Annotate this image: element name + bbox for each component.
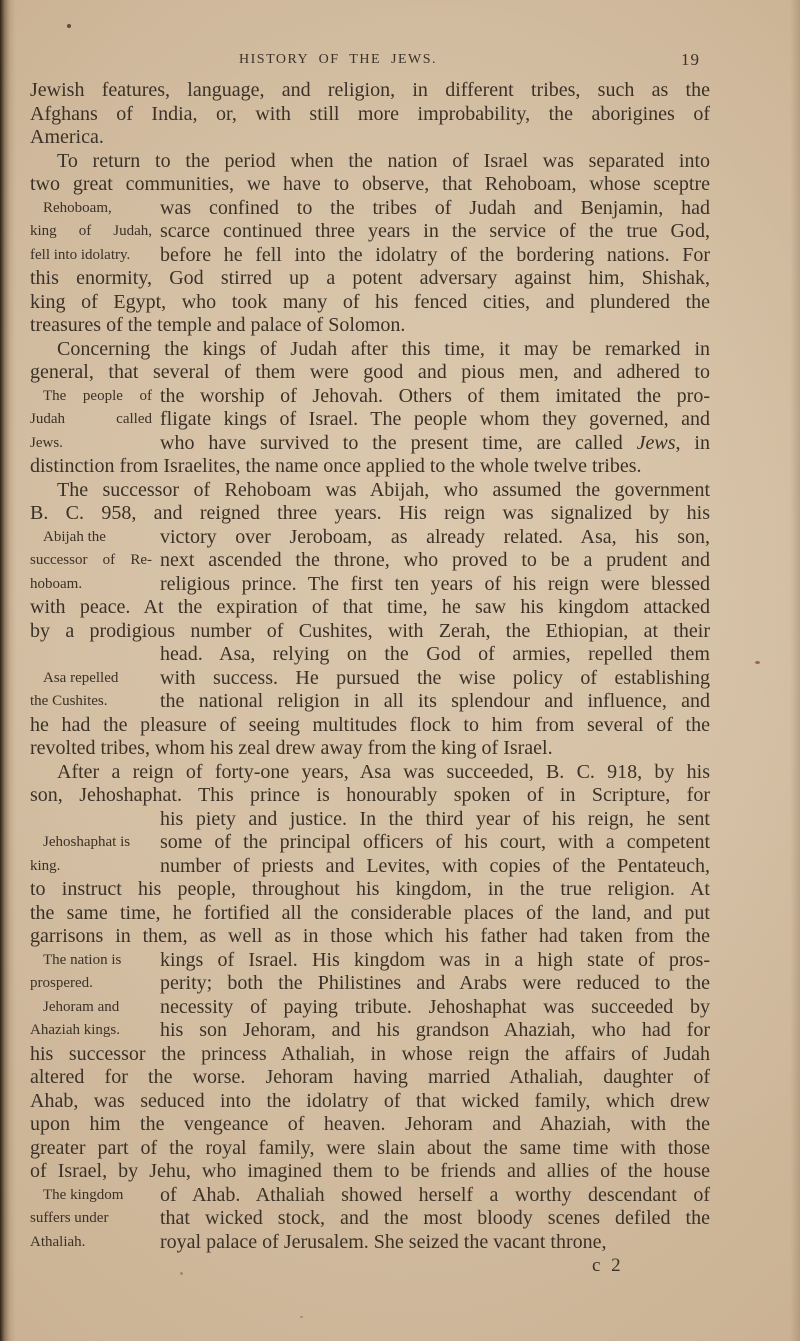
text-line: religious prince. The first ten years of… xyxy=(160,573,710,597)
text-line: king of Egypt, who took many of his fenc… xyxy=(30,291,710,315)
sidenote-line: Jehoram and xyxy=(30,996,152,1020)
text-line: number of priests and Levites, with copi… xyxy=(160,855,710,879)
text-line: necessity of paying tribute. Jehoshaphat… xyxy=(160,996,710,1020)
text-line: distinction from Israelites, the name on… xyxy=(30,455,710,479)
text-line: To return to the period when the nation … xyxy=(30,150,710,174)
note-group-text: kings of Israel. His kingdom was in a hi… xyxy=(160,949,710,1043)
paper-speck xyxy=(755,661,760,664)
text-line: Afghans of India, or, with still more im… xyxy=(30,103,710,127)
italic-word: Jews xyxy=(637,432,676,454)
sidenote-line: Athaliah. xyxy=(30,1231,152,1255)
text-line: two great communities, we have to observ… xyxy=(30,173,710,197)
text-line: After a reign of forty-one years, Asa wa… xyxy=(30,761,710,785)
text-line: his piety and justice. In the third year… xyxy=(160,808,710,832)
sidenote-line: The kingdom xyxy=(30,1184,152,1208)
signature-line: c 2 xyxy=(30,1254,710,1278)
text-fragment: , in xyxy=(676,432,710,454)
text-line: by a prodigious number of Cushites, with… xyxy=(30,620,710,644)
note-group: The kingdom suffers under Athaliah. of A… xyxy=(30,1184,710,1255)
text-line: the national religion in all its splendo… xyxy=(160,690,710,714)
text-line: with success. He pursued the wise policy… xyxy=(160,667,710,691)
sidenote-line: Jews. xyxy=(30,432,152,456)
sidenote-line: suffers under xyxy=(30,1207,152,1231)
sidenote-line: king. xyxy=(30,855,152,879)
text-line: was confined to the tribes of Judah and … xyxy=(160,197,710,221)
text-line: this enormity, God stirred up a potent a… xyxy=(30,267,710,291)
sidenote: Asa repelled the Cushites. xyxy=(30,643,160,714)
sidenote-line: fell into idolatry. xyxy=(30,244,152,268)
text-line: revolted tribes, whom his zeal drew away… xyxy=(30,737,710,761)
sidenote-line: The people of xyxy=(30,385,152,409)
sidenote-line: The nation is xyxy=(30,949,152,973)
text-line: some of the principal officers of his co… xyxy=(160,831,710,855)
note-group-text: the worship of Jehovah. Others of them i… xyxy=(160,385,710,456)
note-group-text: his piety and justice. In the third year… xyxy=(160,808,710,879)
sidenote: The nation is prospered. Jehoram and Aha… xyxy=(30,949,160,1043)
note-group: Rehoboam, king of Judah, fell into idola… xyxy=(30,197,710,268)
text-line: son, Jehoshaphat. This prince is honoura… xyxy=(30,784,710,808)
text-line: to instruct his people, throughout his k… xyxy=(30,878,710,902)
text-fragment: who have survived to the present time, a… xyxy=(160,432,637,454)
sidenote: Jehoshaphat is king. xyxy=(30,808,160,879)
sidenote: The people of Judah called Jews. xyxy=(30,385,160,456)
sidenote-line: Judah called xyxy=(30,408,152,432)
text-line: the same time, he fortified all the cons… xyxy=(30,902,710,926)
text-line: fligate kings of Israel. The people whom… xyxy=(160,408,710,432)
signature-mark: c 2 xyxy=(592,1255,624,1276)
text-line: victory over Jeroboam, as already relate… xyxy=(160,526,710,550)
page-left-edge-shadow xyxy=(0,0,16,1341)
sidenote-line: Abijah the xyxy=(30,526,152,550)
note-group: The nation is prospered. Jehoram and Aha… xyxy=(30,949,710,1043)
text-line: of Ahab. Athaliah showed herself a worth… xyxy=(160,1184,710,1208)
page-header: HISTORY OF THE JEWS. 19 xyxy=(30,50,710,76)
text-line: who have survived to the present time, a… xyxy=(160,432,710,456)
text-line: greater part of the royal family, were s… xyxy=(30,1137,710,1161)
paper-speck xyxy=(300,1316,303,1318)
text-line: Ahab, was seduced into the idolatry of t… xyxy=(30,1090,710,1114)
text-line: B. C. 958, and reigned three years. His … xyxy=(30,502,710,526)
text-line: The successor of Rehoboam was Abijah, wh… xyxy=(30,479,710,503)
paper-speck xyxy=(67,24,71,28)
note-group-text: of Ahab. Athaliah showed herself a worth… xyxy=(160,1184,710,1255)
text-line: royal palace of Jerusalem. She seized th… xyxy=(160,1231,710,1255)
sidenote-line: king of Judah, xyxy=(30,220,152,244)
sidenote-line: Jehoshaphat is xyxy=(30,831,152,855)
text-line: kings of Israel. His kingdom was in a hi… xyxy=(160,949,710,973)
note-group-text: head. Asa, relying on the God of armies,… xyxy=(160,643,710,714)
sidenote-line: hoboam. xyxy=(30,573,152,597)
text-line: perity; both the Philistines and Arabs w… xyxy=(160,972,710,996)
book-page: HISTORY OF THE JEWS. 19 Jewish features,… xyxy=(0,0,800,1341)
text-line: with peace. At the expiration of that ti… xyxy=(30,596,710,620)
paper-speck xyxy=(180,1272,183,1275)
note-group: Asa repelled the Cushites. head. Asa, re… xyxy=(30,643,710,714)
note-group: The people of Judah called Jews. the wor… xyxy=(30,385,710,456)
text-line: treasures of the temple and palace of So… xyxy=(30,314,710,338)
text-line: his successor the princess Athaliah, in … xyxy=(30,1043,710,1067)
text-line: of Israel, by Jehu, who imagined them to… xyxy=(30,1160,710,1184)
text-line: before he fell into the idolatry of the … xyxy=(160,244,710,268)
page-right-edge-shadow xyxy=(790,0,800,1341)
running-title: HISTORY OF THE JEWS. xyxy=(239,52,437,68)
text-line: America. xyxy=(30,126,710,150)
sidenote: The kingdom suffers under Athaliah. xyxy=(30,1184,160,1255)
note-group: Abijah the successor of Re- hoboam. vict… xyxy=(30,526,710,597)
sidenote: Rehoboam, king of Judah, fell into idola… xyxy=(30,197,160,268)
sidenote: Abijah the successor of Re- hoboam. xyxy=(30,526,160,597)
sidenote-line: the Cushites. xyxy=(30,690,152,714)
text-line: next ascended the throne, who proved to … xyxy=(160,549,710,573)
sidenote-line: Asa repelled xyxy=(30,667,152,691)
page-number: 19 xyxy=(681,50,700,70)
text-line: the worship of Jehovah. Others of them i… xyxy=(160,385,710,409)
text-line: Concerning the kings of Judah after this… xyxy=(30,338,710,362)
text-line: that wicked stock, and the most bloody s… xyxy=(160,1207,710,1231)
sidenote-line: prospered. xyxy=(30,972,152,996)
sidenote-line: successor of Re- xyxy=(30,549,152,573)
note-group-text: was confined to the tribes of Judah and … xyxy=(160,197,710,268)
text-line: general, that several of them were good … xyxy=(30,361,710,385)
text-line: altered for the worse. Jehoram having ma… xyxy=(30,1066,710,1090)
sidenote-line: Rehoboam, xyxy=(30,197,152,221)
text-line: scarce continued three years in the serv… xyxy=(160,220,710,244)
page-text: Jewish features, language, and religion,… xyxy=(30,79,710,1278)
text-line: head. Asa, relying on the God of armies,… xyxy=(160,643,710,667)
note-group: Jehoshaphat is king. his piety and justi… xyxy=(30,808,710,879)
sidenote-line: Ahaziah kings. xyxy=(30,1019,152,1043)
text-line: Jewish features, language, and religion,… xyxy=(30,79,710,103)
note-group-text: victory over Jeroboam, as already relate… xyxy=(160,526,710,597)
text-line: his son Jehoram, and his grandson Ahazia… xyxy=(160,1019,710,1043)
text-line: garrisons in them, as well as in those w… xyxy=(30,925,710,949)
text-line: he had the pleasure of seeing multitudes… xyxy=(30,714,710,738)
text-line: upon him the vengeance of heaven. Jehora… xyxy=(30,1113,710,1137)
